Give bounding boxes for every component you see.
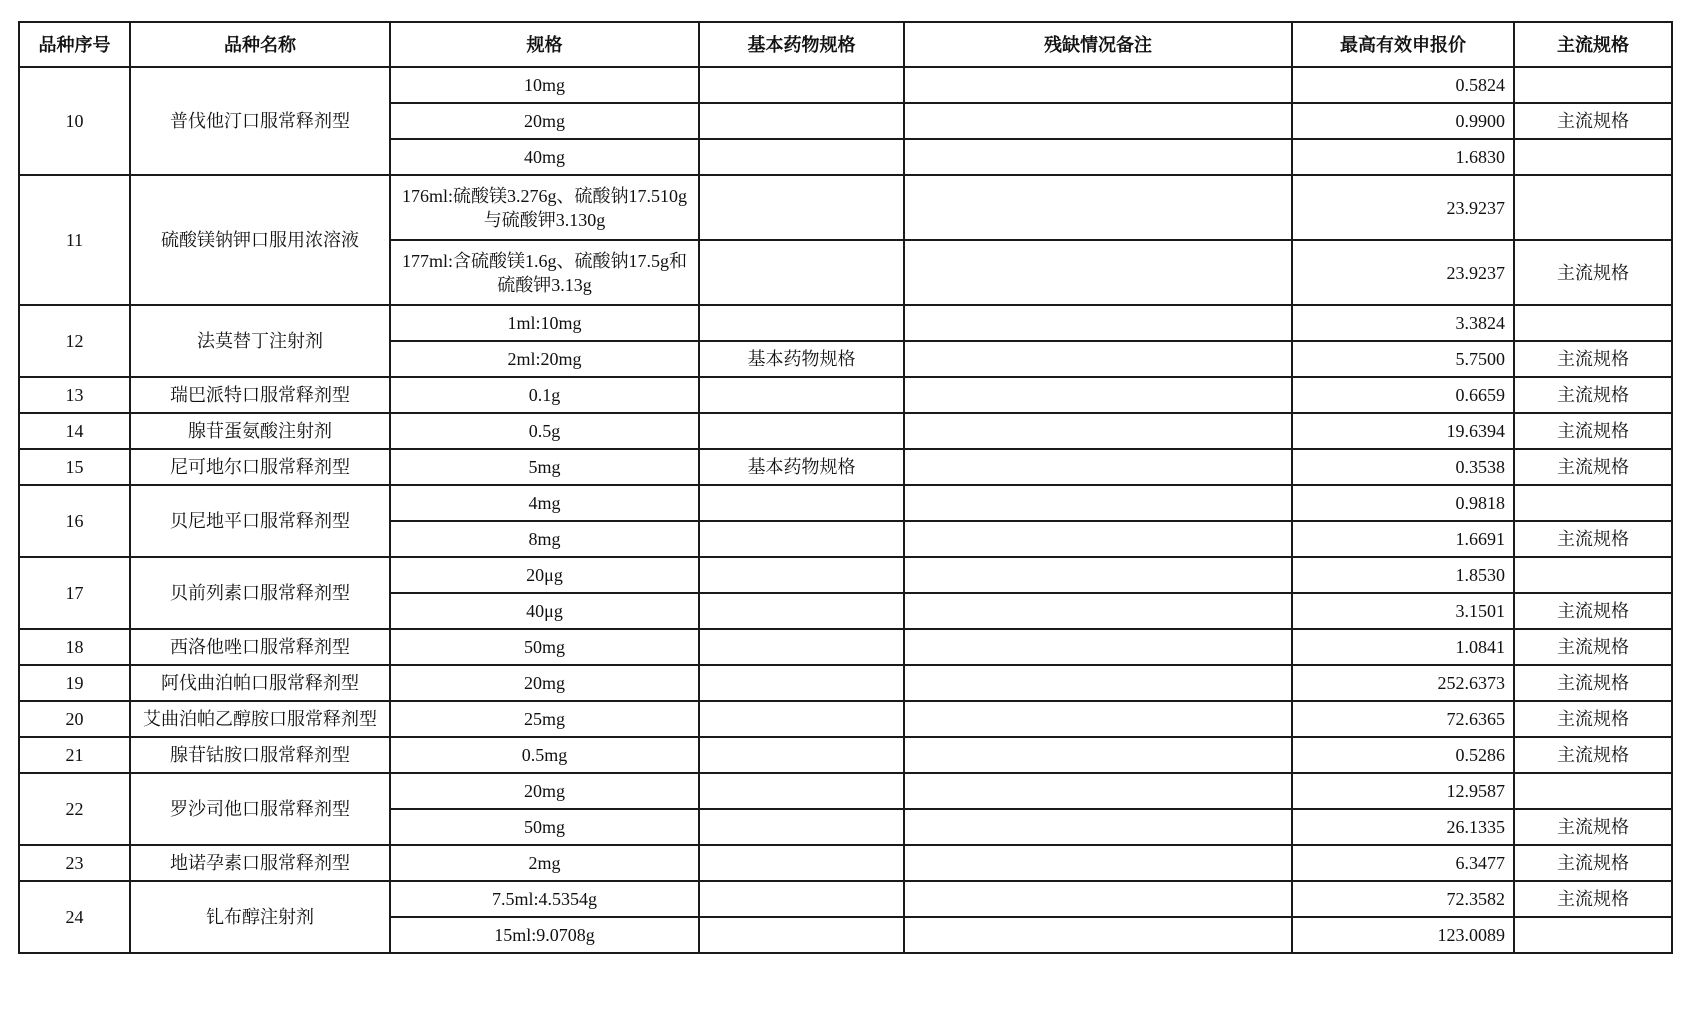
max-valid-price: 6.3477 xyxy=(1292,845,1514,881)
spec: 20mg xyxy=(390,773,699,809)
basic-drug-spec: 基本药物规格 xyxy=(699,449,904,485)
variety-no: 14 xyxy=(19,413,130,449)
header-variety-no: 品种序号 xyxy=(19,22,130,67)
variety-no: 20 xyxy=(19,701,130,737)
variety-name: 西洛他唑口服常释剂型 xyxy=(130,629,390,665)
spec: 176ml:硫酸镁3.276g、硫酸钠17.510g与硫酸钾3.130g xyxy=(390,175,699,240)
basic-drug-spec xyxy=(699,175,904,240)
mainstream-spec xyxy=(1514,139,1672,175)
spec: 7.5ml:4.5354g xyxy=(390,881,699,917)
mainstream-spec: 主流规格 xyxy=(1514,737,1672,773)
basic-drug-spec xyxy=(699,305,904,341)
header-spec: 规格 xyxy=(390,22,699,67)
table-row: 10 普伐他汀口服常释剂型 10mg 0.5824 xyxy=(19,67,1672,103)
shortage-note xyxy=(904,67,1292,103)
table-row: 14 腺苷蛋氨酸注射剂 0.5g 19.6394 主流规格 xyxy=(19,413,1672,449)
variety-no: 22 xyxy=(19,773,130,845)
variety-name: 硫酸镁钠钾口服用浓溶液 xyxy=(130,175,390,305)
spec: 0.5g xyxy=(390,413,699,449)
variety-name: 法莫替丁注射剂 xyxy=(130,305,390,377)
basic-drug-spec xyxy=(699,521,904,557)
spec: 4mg xyxy=(390,485,699,521)
spec: 8mg xyxy=(390,521,699,557)
mainstream-spec: 主流规格 xyxy=(1514,845,1672,881)
spec: 25mg xyxy=(390,701,699,737)
shortage-note xyxy=(904,809,1292,845)
table-row: 15 尼可地尔口服常释剂型 5mg 基本药物规格 0.3538 主流规格 xyxy=(19,449,1672,485)
max-valid-price: 0.6659 xyxy=(1292,377,1514,413)
basic-drug-spec xyxy=(699,701,904,737)
max-valid-price: 1.6830 xyxy=(1292,139,1514,175)
shortage-note xyxy=(904,701,1292,737)
basic-drug-spec xyxy=(699,139,904,175)
shortage-note xyxy=(904,557,1292,593)
mainstream-spec xyxy=(1514,917,1672,953)
variety-name: 钆布醇注射剂 xyxy=(130,881,390,953)
variety-no: 23 xyxy=(19,845,130,881)
shortage-note xyxy=(904,240,1292,305)
table-row: 12 法莫替丁注射剂 1ml:10mg 3.3824 xyxy=(19,305,1672,341)
basic-drug-spec xyxy=(699,377,904,413)
header-max-valid-price: 最高有效申报价 xyxy=(1292,22,1514,67)
mainstream-spec: 主流规格 xyxy=(1514,449,1672,485)
shortage-note xyxy=(904,413,1292,449)
mainstream-spec: 主流规格 xyxy=(1514,341,1672,377)
shortage-note xyxy=(904,917,1292,953)
mainstream-spec: 主流规格 xyxy=(1514,521,1672,557)
variety-name: 普伐他汀口服常释剂型 xyxy=(130,67,390,175)
variety-no: 16 xyxy=(19,485,130,557)
shortage-note xyxy=(904,377,1292,413)
max-valid-price: 12.9587 xyxy=(1292,773,1514,809)
variety-no: 12 xyxy=(19,305,130,377)
variety-no: 17 xyxy=(19,557,130,629)
spec: 10mg xyxy=(390,67,699,103)
mainstream-spec: 主流规格 xyxy=(1514,240,1672,305)
shortage-note xyxy=(904,593,1292,629)
shortage-note xyxy=(904,175,1292,240)
table-row: 20 艾曲泊帕乙醇胺口服常释剂型 25mg 72.6365 主流规格 xyxy=(19,701,1672,737)
shortage-note xyxy=(904,845,1292,881)
max-valid-price: 5.7500 xyxy=(1292,341,1514,377)
mainstream-spec: 主流规格 xyxy=(1514,593,1672,629)
shortage-note xyxy=(904,449,1292,485)
basic-drug-spec xyxy=(699,629,904,665)
max-valid-price: 0.3538 xyxy=(1292,449,1514,485)
header-mainstream-spec: 主流规格 xyxy=(1514,22,1672,67)
variety-name: 艾曲泊帕乙醇胺口服常释剂型 xyxy=(130,701,390,737)
table-body: 10 普伐他汀口服常释剂型 10mg 0.5824 20mg 0.9900 主流… xyxy=(19,67,1672,953)
mainstream-spec xyxy=(1514,773,1672,809)
table-row: 11 硫酸镁钠钾口服用浓溶液 176ml:硫酸镁3.276g、硫酸钠17.510… xyxy=(19,175,1672,240)
variety-no: 15 xyxy=(19,449,130,485)
max-valid-price: 3.3824 xyxy=(1292,305,1514,341)
shortage-note xyxy=(904,665,1292,701)
mainstream-spec: 主流规格 xyxy=(1514,377,1672,413)
variety-no: 24 xyxy=(19,881,130,953)
mainstream-spec xyxy=(1514,175,1672,240)
mainstream-spec xyxy=(1514,485,1672,521)
spec: 40μg xyxy=(390,593,699,629)
spec: 50mg xyxy=(390,629,699,665)
mainstream-spec: 主流规格 xyxy=(1514,629,1672,665)
shortage-note xyxy=(904,341,1292,377)
spec: 1ml:10mg xyxy=(390,305,699,341)
max-valid-price: 3.1501 xyxy=(1292,593,1514,629)
variety-name: 罗沙司他口服常释剂型 xyxy=(130,773,390,845)
spec: 5mg xyxy=(390,449,699,485)
basic-drug-spec xyxy=(699,485,904,521)
max-valid-price: 0.5824 xyxy=(1292,67,1514,103)
max-valid-price: 1.8530 xyxy=(1292,557,1514,593)
basic-drug-spec xyxy=(699,67,904,103)
drug-price-table: 品种序号 品种名称 规格 基本药物规格 残缺情况备注 最高有效申报价 主流规格 … xyxy=(18,21,1673,954)
spec: 2mg xyxy=(390,845,699,881)
table-row: 13 瑞巴派特口服常释剂型 0.1g 0.6659 主流规格 xyxy=(19,377,1672,413)
table-row: 17 贝前列素口服常释剂型 20μg 1.8530 xyxy=(19,557,1672,593)
spec: 0.5mg xyxy=(390,737,699,773)
mainstream-spec xyxy=(1514,305,1672,341)
mainstream-spec: 主流规格 xyxy=(1514,103,1672,139)
variety-no: 18 xyxy=(19,629,130,665)
variety-no: 10 xyxy=(19,67,130,175)
variety-no: 11 xyxy=(19,175,130,305)
shortage-note xyxy=(904,521,1292,557)
mainstream-spec: 主流规格 xyxy=(1514,665,1672,701)
max-valid-price: 0.9818 xyxy=(1292,485,1514,521)
mainstream-spec: 主流规格 xyxy=(1514,413,1672,449)
shortage-note xyxy=(904,773,1292,809)
table-row: 21 腺苷钴胺口服常释剂型 0.5mg 0.5286 主流规格 xyxy=(19,737,1672,773)
spec: 15ml:9.0708g xyxy=(390,917,699,953)
basic-drug-spec xyxy=(699,881,904,917)
spec: 20mg xyxy=(390,665,699,701)
variety-name: 贝尼地平口服常释剂型 xyxy=(130,485,390,557)
max-valid-price: 23.9237 xyxy=(1292,240,1514,305)
basic-drug-spec xyxy=(699,593,904,629)
shortage-note xyxy=(904,485,1292,521)
max-valid-price: 123.0089 xyxy=(1292,917,1514,953)
table-row: 22 罗沙司他口服常释剂型 20mg 12.9587 xyxy=(19,773,1672,809)
table-row: 18 西洛他唑口服常释剂型 50mg 1.0841 主流规格 xyxy=(19,629,1672,665)
table-row: 16 贝尼地平口服常释剂型 4mg 0.9818 xyxy=(19,485,1672,521)
max-valid-price: 0.5286 xyxy=(1292,737,1514,773)
shortage-note xyxy=(904,629,1292,665)
basic-drug-spec xyxy=(699,413,904,449)
mainstream-spec xyxy=(1514,557,1672,593)
shortage-note xyxy=(904,103,1292,139)
basic-drug-spec xyxy=(699,773,904,809)
spec: 20mg xyxy=(390,103,699,139)
basic-drug-spec xyxy=(699,845,904,881)
header-basic-drug-spec: 基本药物规格 xyxy=(699,22,904,67)
variety-name: 尼可地尔口服常释剂型 xyxy=(130,449,390,485)
basic-drug-spec xyxy=(699,557,904,593)
header-variety-name: 品种名称 xyxy=(130,22,390,67)
spec: 50mg xyxy=(390,809,699,845)
max-valid-price: 26.1335 xyxy=(1292,809,1514,845)
variety-no: 19 xyxy=(19,665,130,701)
variety-name: 腺苷蛋氨酸注射剂 xyxy=(130,413,390,449)
max-valid-price: 23.9237 xyxy=(1292,175,1514,240)
mainstream-spec: 主流规格 xyxy=(1514,809,1672,845)
table-row: 24 钆布醇注射剂 7.5ml:4.5354g 72.3582 主流规格 xyxy=(19,881,1672,917)
max-valid-price: 19.6394 xyxy=(1292,413,1514,449)
table-row: 19 阿伐曲泊帕口服常释剂型 20mg 252.6373 主流规格 xyxy=(19,665,1672,701)
basic-drug-spec xyxy=(699,665,904,701)
basic-drug-spec xyxy=(699,103,904,139)
spec: 177ml:含硫酸镁1.6g、硫酸钠17.5g和硫酸钾3.13g xyxy=(390,240,699,305)
header-shortage-note: 残缺情况备注 xyxy=(904,22,1292,67)
variety-name: 腺苷钴胺口服常释剂型 xyxy=(130,737,390,773)
max-valid-price: 1.0841 xyxy=(1292,629,1514,665)
max-valid-price: 72.6365 xyxy=(1292,701,1514,737)
spec: 20μg xyxy=(390,557,699,593)
spec: 2ml:20mg xyxy=(390,341,699,377)
max-valid-price: 0.9900 xyxy=(1292,103,1514,139)
mainstream-spec: 主流规格 xyxy=(1514,881,1672,917)
spec: 0.1g xyxy=(390,377,699,413)
basic-drug-spec: 基本药物规格 xyxy=(699,341,904,377)
max-valid-price: 252.6373 xyxy=(1292,665,1514,701)
shortage-note xyxy=(904,139,1292,175)
basic-drug-spec xyxy=(699,809,904,845)
spec: 40mg xyxy=(390,139,699,175)
mainstream-spec: 主流规格 xyxy=(1514,701,1672,737)
variety-name: 贝前列素口服常释剂型 xyxy=(130,557,390,629)
basic-drug-spec xyxy=(699,240,904,305)
variety-name: 地诺孕素口服常释剂型 xyxy=(130,845,390,881)
mainstream-spec xyxy=(1514,67,1672,103)
shortage-note xyxy=(904,881,1292,917)
basic-drug-spec xyxy=(699,917,904,953)
table-row: 23 地诺孕素口服常释剂型 2mg 6.3477 主流规格 xyxy=(19,845,1672,881)
header-row: 品种序号 品种名称 规格 基本药物规格 残缺情况备注 最高有效申报价 主流规格 xyxy=(19,22,1672,67)
shortage-note xyxy=(904,737,1292,773)
variety-no: 13 xyxy=(19,377,130,413)
shortage-note xyxy=(904,305,1292,341)
variety-name: 阿伐曲泊帕口服常释剂型 xyxy=(130,665,390,701)
variety-name: 瑞巴派特口服常释剂型 xyxy=(130,377,390,413)
basic-drug-spec xyxy=(699,737,904,773)
max-valid-price: 1.6691 xyxy=(1292,521,1514,557)
max-valid-price: 72.3582 xyxy=(1292,881,1514,917)
variety-no: 21 xyxy=(19,737,130,773)
